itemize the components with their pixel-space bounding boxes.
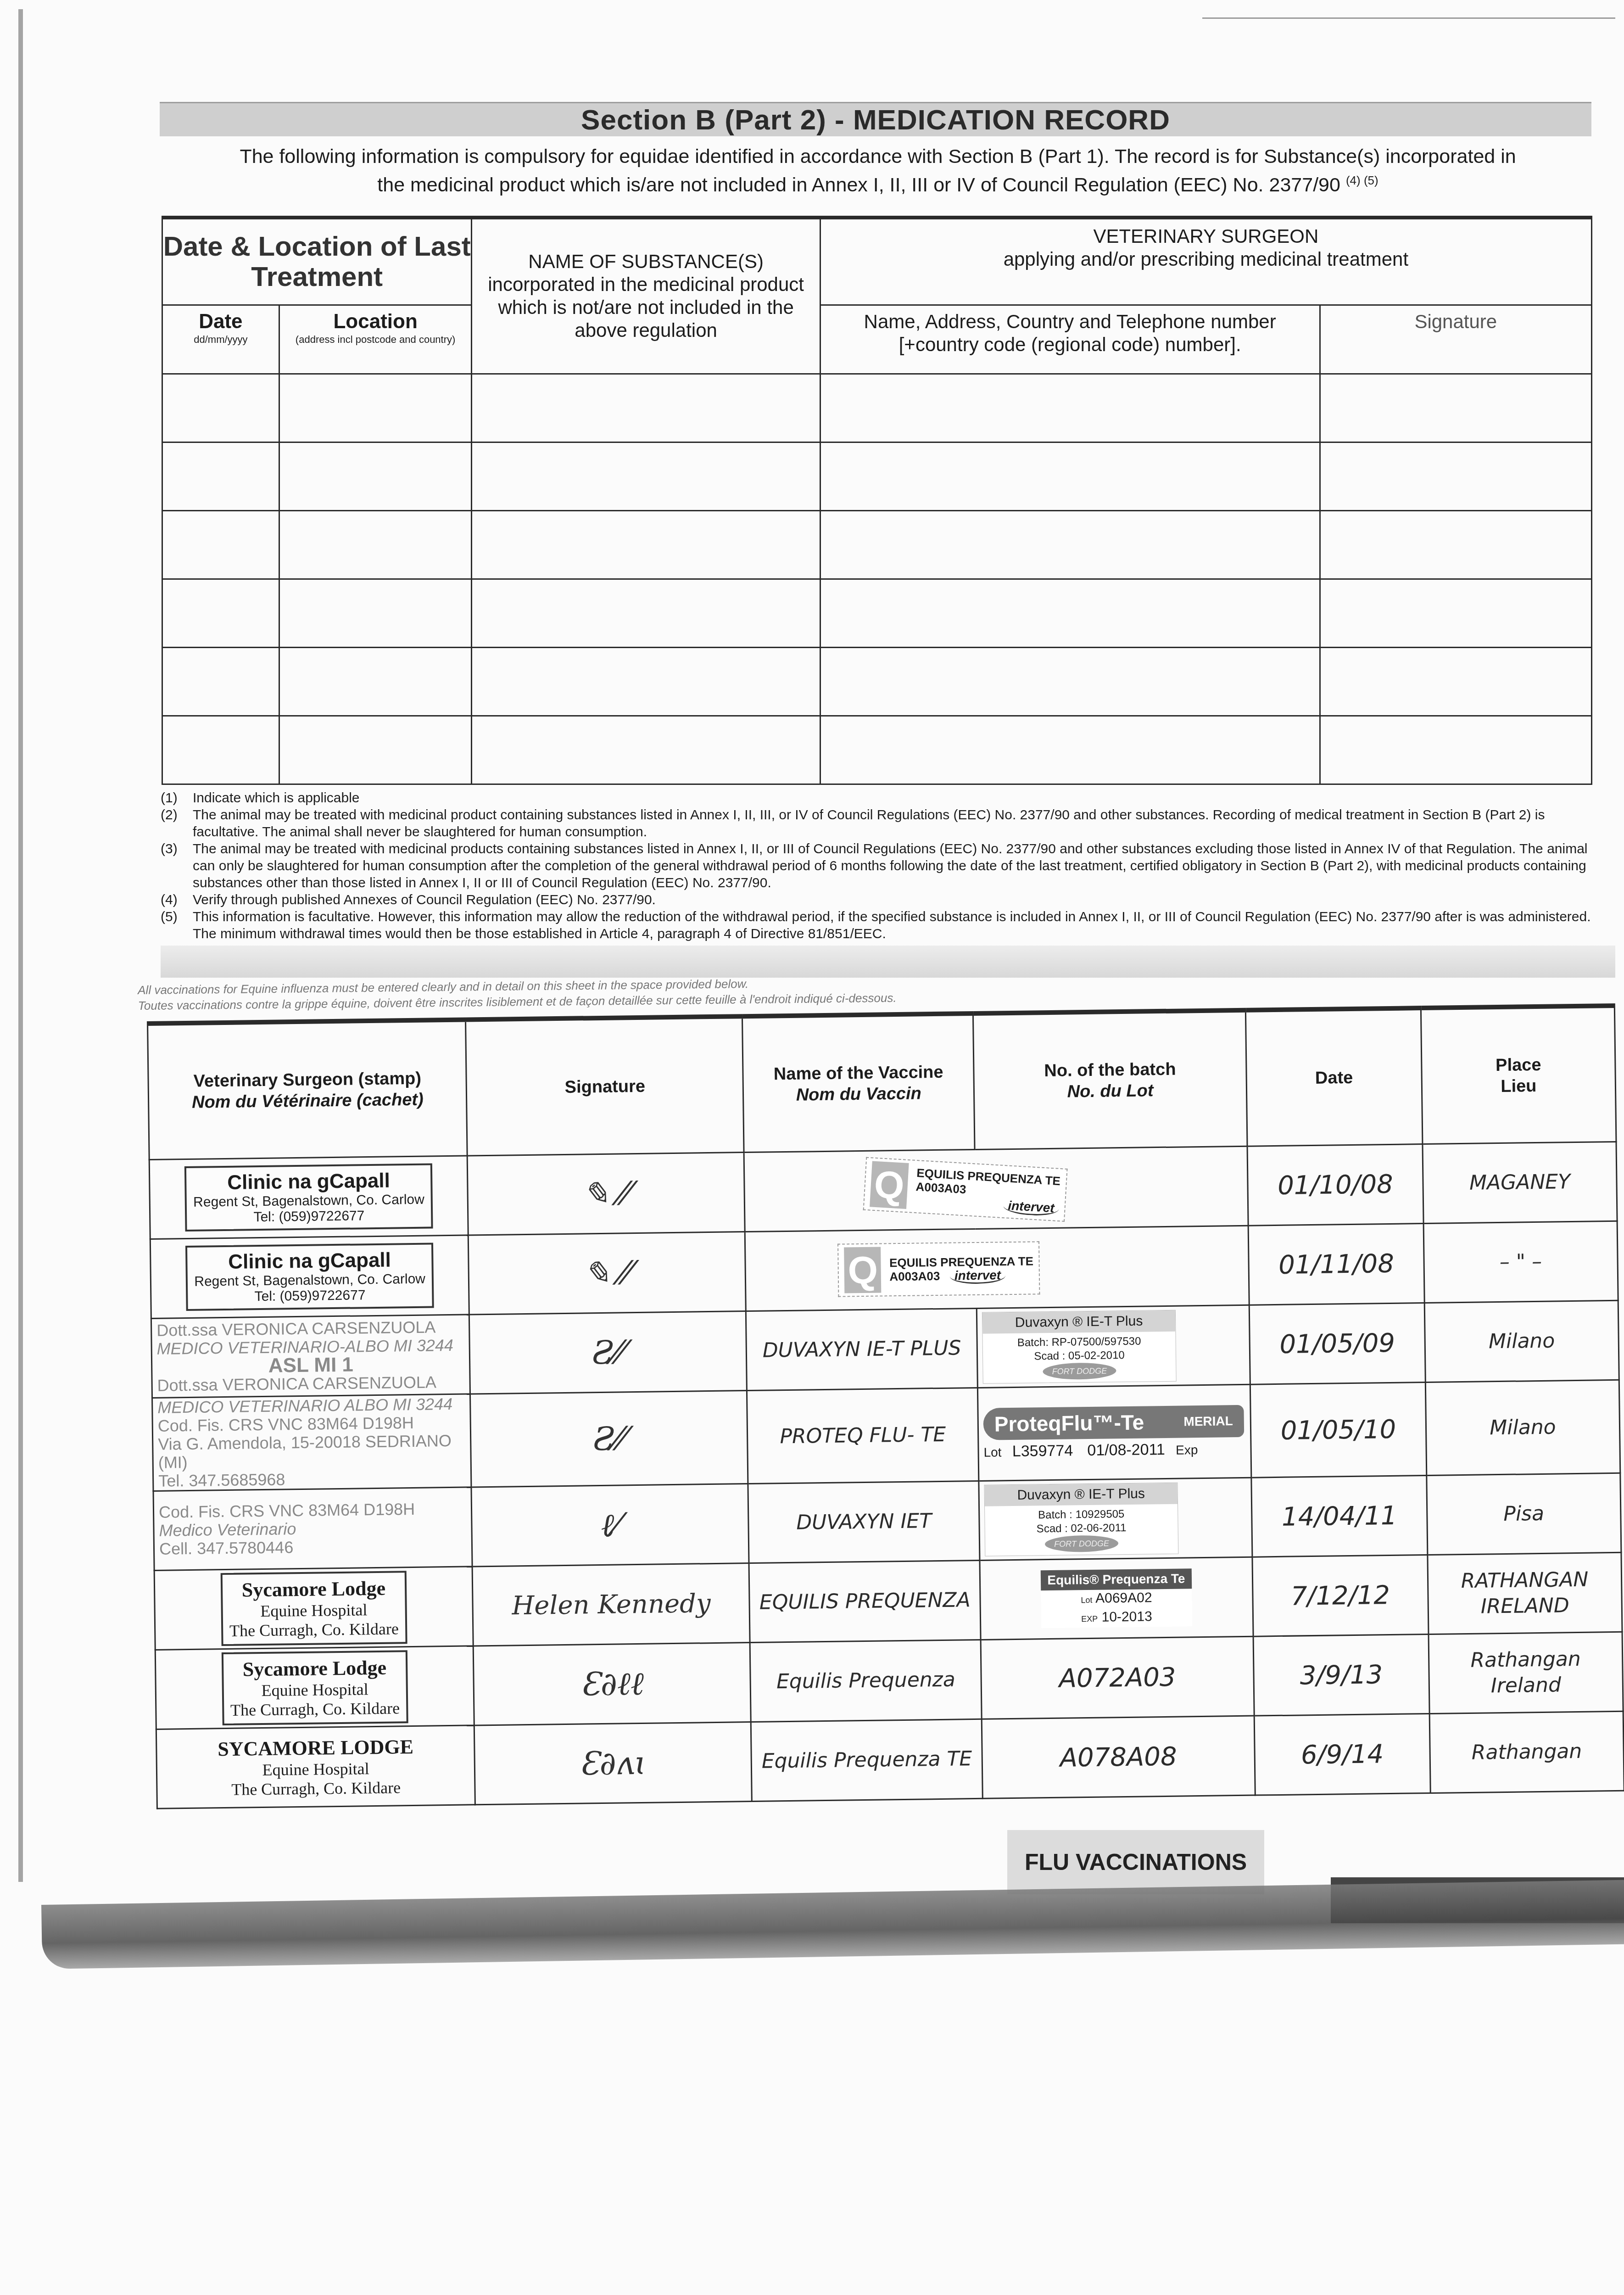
place-cell: RATHANGAN IRELAND (1428, 1552, 1622, 1634)
signature-scribble: ℓ⁄ (601, 1506, 620, 1544)
signature-scribble: Ƨ⁄⁄ (592, 1420, 625, 1458)
vaccine-name-cell: Equilis Prequenza TE (751, 1719, 983, 1801)
footnote-4: (4)Verify through published Annexes of C… (161, 891, 1595, 908)
signature-cell: ✎ ⁄⁄ (469, 1232, 746, 1315)
flu-vaccination-table: Veterinary Surgeon (stamp)Nom du Vétérin… (147, 1003, 1624, 1809)
signature-cell: Ƨ⁄⁄ (469, 1311, 747, 1394)
medication-row (162, 442, 1592, 510)
vaccine-name-cell: DUVAXYN IET (748, 1481, 980, 1563)
italian-vet-stamp: Cod. Fis. CRS VNC 83M64 D198H Medico Vet… (159, 1500, 467, 1558)
q-logo-icon: Q (844, 1247, 882, 1293)
signature-scribble: Ɛ∂ℓℓ (580, 1664, 644, 1703)
sycamore-lodge-stamp: SYCAMORE LODGE Equine Hospital The Curra… (162, 1734, 470, 1800)
place-cell: Milano (1424, 1300, 1619, 1382)
date-cell: 6/9/14 (1254, 1713, 1430, 1795)
clinic-stamp: Clinic na gCapall Regent St, Bagenalstow… (185, 1243, 434, 1311)
date-header: Date (1245, 1008, 1423, 1146)
signature-cell: Ɛ∂ℓℓ (474, 1643, 751, 1725)
medication-row (162, 716, 1592, 784)
vet-signature-header: Signature (1320, 305, 1591, 374)
vaccine-label-cell: Q EQUILIS PREQUENZA TE A003A03 intervet (745, 1226, 1250, 1311)
scan-edge (18, 9, 23, 1882)
vet-stamp: Sycamore Lodge Equine Hospital The Curra… (155, 1646, 474, 1729)
date-cell: 01/11/08 (1248, 1224, 1424, 1305)
medication-row (162, 374, 1592, 442)
vaccination-row: MEDICO VETERINARIO ALBO MI 3244 Cod. Fis… (152, 1380, 1620, 1491)
vet-surgeon-header: VETERINARY SURGEON applying and/or presc… (820, 218, 1591, 305)
footnote-5: (5)This information is facultative. Howe… (161, 908, 1595, 942)
signature-cell: Helen Kennedy (473, 1563, 750, 1646)
italian-vet-stamp: MEDICO VETERINARIO ALBO MI 3244 Cod. Fis… (157, 1395, 466, 1490)
batch-cell: Equilis® Prequenza Te Lot A069A02 EXP 10… (980, 1557, 1253, 1640)
date-header: Date dd/mm/yyyy (162, 305, 279, 374)
date-cell: 7/12/12 (1252, 1555, 1429, 1636)
place-cell: Milano (1425, 1380, 1620, 1475)
flu-vaccinations-label: FLU VACCINATIONS (1025, 1849, 1247, 1875)
section-title: Section B (Part 2) - MEDICATION RECORD (581, 104, 1170, 136)
sycamore-lodge-stamp: Sycamore Lodge Equine Hospital The Curra… (220, 1571, 407, 1646)
signature-scribble: Ɛ∂ʌɩ (579, 1744, 647, 1783)
vaccine-name-cell: PROTEQ FLU- TE (747, 1388, 979, 1483)
date-cell: 14/04/11 (1251, 1476, 1428, 1557)
signature-cell: Ƨ⁄⁄ (470, 1391, 748, 1487)
medication-row (162, 647, 1592, 716)
batch-cell: Duvaxyn ® IE-T Plus Batch : 10929505Scad… (979, 1478, 1252, 1560)
batch-cell: A078A08 (982, 1716, 1255, 1798)
place-cell: MAGANEY (1423, 1142, 1617, 1223)
signature-scribble: Ƨ⁄⁄ (592, 1333, 625, 1371)
scan-binding-edge (41, 1880, 1624, 1969)
vaccine-label-cell: Q EQUILIS PREQUENZA TE A003A03 intervet (744, 1146, 1249, 1231)
vaccine-sticker: Q EQUILIS PREQUENZA TE A003A03 intervet (838, 1241, 1040, 1297)
signature-header: Signature (466, 1016, 744, 1156)
duvaxyn-sticker: Duvaxyn ® IE-T Plus Batch : 10929505Scad… (984, 1483, 1178, 1556)
vet-stamp: Dott.ssa VERONICA CARSENZUOLA MEDICO VET… (151, 1315, 470, 1398)
location-header: Location (address incl postcode and coun… (279, 305, 472, 374)
signature-cell: ℓ⁄ (471, 1484, 749, 1567)
vet-name-header: Name, Address, Country and Telephone num… (820, 305, 1320, 374)
vet-stamp: SYCAMORE LODGE Equine Hospital The Curra… (156, 1725, 475, 1808)
medication-row (162, 510, 1592, 579)
place-cell: – " – (1423, 1221, 1618, 1303)
scan-top-rule (1202, 17, 1615, 19)
vaccine-name-cell: Equilis Prequenza (750, 1640, 982, 1722)
date-cell: 01/05/09 (1249, 1303, 1425, 1385)
intro-line-1: The following information is compulsory … (160, 145, 1596, 168)
date-location-header: Date & Location of Last Treatment (162, 218, 472, 305)
clinic-stamp: Clinic na gCapall Regent St, Bagenalstow… (184, 1163, 433, 1231)
medication-record-table: Date & Location of Last Treatment NAME O… (162, 216, 1592, 785)
vet-stamp: Clinic na gCapall Regent St, Bagenalstow… (149, 1156, 469, 1239)
vaccine-name-cell: DUVAXYN IE-T PLUS (746, 1308, 978, 1390)
section-intro: The following information is compulsory … (160, 145, 1596, 197)
footnote-2: (2)The animal may be treated with medici… (161, 806, 1595, 840)
vaccine-name-header: Name of the VaccineNom du Vaccin (742, 1013, 975, 1153)
signature-scribble: ✎ ⁄⁄ (583, 1254, 631, 1292)
place-header: PlaceLieu (1421, 1006, 1616, 1144)
faded-header-bar (161, 946, 1615, 978)
vet-stamp: Sycamore Lodge Equine Hospital The Curra… (154, 1567, 474, 1650)
place-cell: Pisa (1427, 1473, 1621, 1555)
intro-line-2: the medicinal product which is/are not i… (160, 168, 1596, 197)
footnote-1: (1)Indicate which is applicable (161, 789, 1595, 806)
date-cell: 01/05/10 (1250, 1383, 1426, 1478)
signature-cell: ✎ ⁄⁄ (468, 1153, 745, 1235)
batch-cell: A072A03 (981, 1636, 1254, 1719)
proteqflu-sticker: ProteqFlu™-Te MERIAL (983, 1405, 1244, 1440)
italian-vet-stamp: Dott.ssa VERONICA CARSENZUOLA MEDICO VET… (156, 1318, 465, 1395)
q-logo-icon: Q (870, 1161, 910, 1209)
vet-stamp: Cod. Fis. CRS VNC 83M64 D198H Medico Vet… (153, 1487, 473, 1570)
vet-stamp: MEDICO VETERINARIO ALBO MI 3244 Cod. Fis… (152, 1394, 472, 1491)
vaccine-sticker: Q EQUILIS PREQUENZA TE A003A03 intervet (863, 1157, 1068, 1222)
substance-header: NAME OF SUBSTANCE(S) incorporated in the… (472, 218, 820, 374)
sycamore-lodge-stamp: Sycamore Lodge Equine Hospital The Curra… (222, 1650, 408, 1725)
vet-stamp-header: Veterinary Surgeon (stamp)Nom du Vétérin… (148, 1020, 468, 1160)
place-cell: Rathangan Ireland (1429, 1632, 1623, 1713)
flu-vaccinations-tab: FLU VACCINATIONS (1007, 1830, 1264, 1894)
batch-header: No. of the batchNo. du Lot (973, 1010, 1247, 1150)
signature-cell: Ɛ∂ʌɩ (474, 1722, 752, 1805)
duvaxyn-sticker: Duvaxyn ® IE-T Plus Batch: RP-07500/5975… (982, 1310, 1177, 1384)
date-cell: 3/9/13 (1253, 1634, 1429, 1716)
section-title-banner: Section B (Part 2) - MEDICATION RECORD (160, 102, 1591, 136)
vaccine-name-cell: EQUILIS PREQUENZA (749, 1560, 981, 1642)
footnotes: (1)Indicate which is applicable (2)The a… (161, 789, 1595, 942)
place-cell: Rathangan (1429, 1711, 1624, 1793)
date-cell: 01/10/08 (1247, 1144, 1423, 1226)
batch-cell: Duvaxyn ® IE-T Plus Batch: RP-07500/5975… (977, 1305, 1250, 1388)
footnote-3: (3)The animal may be treated with medici… (161, 840, 1595, 891)
vet-stamp: Clinic na gCapall Regent St, Bagenalstow… (150, 1235, 469, 1318)
medication-row (162, 579, 1592, 647)
batch-cell: ProteqFlu™-Te MERIAL Lot L359774 01/08-2… (977, 1384, 1251, 1481)
signature-scribble: ✎ ⁄⁄ (582, 1175, 630, 1213)
equilis-sticker: Equilis® Prequenza Te Lot A069A02 EXP 10… (1041, 1568, 1192, 1628)
